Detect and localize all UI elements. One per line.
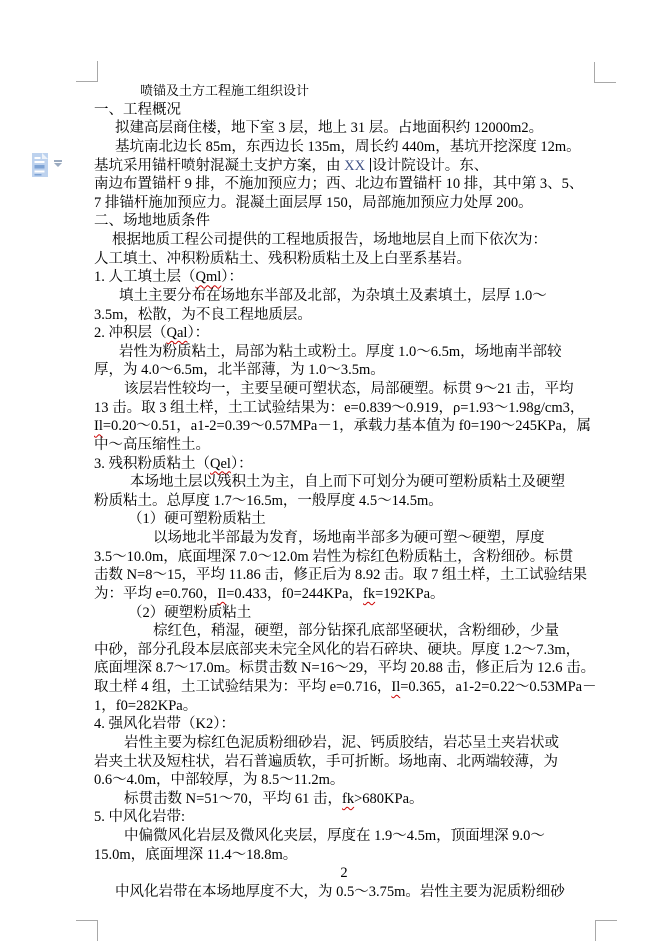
text-run: 基坑采用锚杆喷射混凝土支护方案，由 <box>94 158 344 174</box>
misspelled-word: Qel <box>210 456 231 472</box>
document-line[interactable]: 中风化岩带在本场地厚度不大，为 0.5～3.75m。岩性主要为泥质粉细砂 <box>94 883 606 902</box>
text-run: 中风化岩带在本场地厚度不大，为 0.5～3.75m。岩性主要为泥质粉细砂 <box>115 884 565 900</box>
document-line[interactable]: Il=0.20～0.51，a1-2=0.39～0.57MPa－1，承载力基本值为… <box>94 417 606 436</box>
text-run: 取土样 4 组，土工试验结果为：平均 e=0.716， <box>94 679 391 695</box>
text-run: 2 <box>340 865 347 881</box>
text-run: 以场地北半部最为发育，场地南半部多为硬可塑～硬塑，厚度 <box>153 530 545 546</box>
text-run: 1，f0=282KPa。 <box>94 698 197 714</box>
text-run: 拟建高层商住楼，地下室 3 层，地上 31 层。占地面积约 12000m2。 <box>115 120 543 136</box>
document-line[interactable]: 3.5m，松散，为不良工程地质层。 <box>94 306 606 325</box>
document-line[interactable]: 人工填土、冲积粉质粘土、残积粉质粘土及上白垩系基岩。 <box>94 250 606 269</box>
document-line[interactable]: 岩性主要为棕红色泥质粉细砂岩，泥、钙质胶结，岩芯呈土夹岩状或 <box>94 734 606 753</box>
text-run <box>365 158 369 174</box>
document-line[interactable]: 5. 中风化岩带: <box>94 808 606 827</box>
text-run: 根据地质工程公司提供的工程地质报告，场地地层自上而下依次为： <box>112 232 547 248</box>
text-run: 岩夹土状及短柱状，岩石普遍质软，手可折断。场地南、北两端较薄，为 <box>94 754 558 770</box>
text-cursor <box>370 158 372 172</box>
document-line[interactable]: 南边布置锚杆 9 排，不施加预应力；西、北边布置锚杆 10 排，其中第 3、5、 <box>94 175 606 194</box>
document-line[interactable]: 标贯击数 N=51～70，平均 61 击，fk>680KPa。 <box>94 790 606 809</box>
text-run: 0.6～4.0m，中部较厚，为 8.5～11.2m。 <box>94 772 344 788</box>
text-run: 基坑南北边长 85m，东西边长 135m，周长约 440m，基坑开挖深度 12m… <box>115 139 581 155</box>
text-run: 底面埋深 8.7～17.0m。标贯击数 N=16～29，平均 20.88 击，修… <box>94 660 595 676</box>
document-line[interactable]: 以场地北半部最为发育，场地南半部多为硬可塑～硬塑，厚度 <box>94 529 606 548</box>
text-run: 4. 强风化岩带（K2）： <box>94 716 235 732</box>
document-line[interactable]: 1. 人工填土层（Qml）： <box>94 268 606 287</box>
text-run: =192KPa。 <box>375 586 444 602</box>
misspelled-word: Il <box>217 586 226 602</box>
document-line[interactable]: 本场地土层以残积土为主，自上而下可划分为硬可塑粉质粘土及硬塑 <box>94 473 606 492</box>
text-run: （1）硬可塑粉质粘土 <box>128 511 266 527</box>
crop-mark-bottom-left <box>76 920 98 941</box>
misspelled-word: Il <box>391 679 400 695</box>
text-run: 厚，为 4.0～6.5m，北半部薄，为 1.0～3.5m。 <box>94 362 385 378</box>
text-run: 中砂，部分孔段本层底部夹未完全风化的岩石碎块、硬块。厚度 1.2～7.3m， <box>94 642 580 658</box>
paste-options-button[interactable] <box>31 151 65 181</box>
text-run: 5. 中风化岩带: <box>94 809 185 825</box>
page-number[interactable]: 2 <box>94 864 594 883</box>
document-line[interactable]: 二、场地地质条件 <box>94 212 606 231</box>
document-line[interactable]: 该层岩性较均一，主要呈硬可塑状态，局部硬塑。标贯 9～21 击，平均 <box>94 380 606 399</box>
document-line[interactable]: 击数 N=8～15，平均 11.86 击，修正后为 8.92 击。取 7 组土样… <box>94 566 606 585</box>
misspelled-word: fk <box>363 586 375 602</box>
document-line[interactable]: 15.0m，底面埋深 11.4～18.8m。 <box>94 846 606 865</box>
crop-mark-top-left <box>76 61 98 82</box>
text-run: 13 击。取 3 组土样，土工试验结果为：e=0.839～0.919，ρ=1.9… <box>94 400 584 416</box>
text-run: 7 排锚杆施加预应力。混凝土面层厚 150，局部施加预应力处厚 200。 <box>94 195 533 211</box>
text-run: （2）硬塑粉质粘土 <box>128 605 251 621</box>
document-line[interactable]: （1）硬可塑粉质粘土 <box>94 510 606 529</box>
document-line[interactable]: 3.5～10.0m，底面埋深 7.0～12.0m 岩性为棕红色粉质粘土，含粉细砂… <box>94 548 606 567</box>
text-run: ）： <box>221 269 243 285</box>
document-line[interactable]: 2. 冲积层（Qal）： <box>94 324 606 343</box>
document-line[interactable]: 1，f0=282KPa。 <box>94 697 606 716</box>
text-run: =0.433，f0=244KPa， <box>226 586 363 602</box>
crop-mark-top-right <box>594 62 616 83</box>
document-title[interactable]: 喷锚及土方工程施工组织设计 <box>94 82 606 101</box>
text-run: 填土主要分布在场地东半部及北部，为杂填土及素填土，层厚 1.0～ <box>119 288 547 304</box>
document-line[interactable]: 为：平均 e=0.760，Il=0.433，f0=244KPa，fk=192KP… <box>94 585 606 604</box>
word-document-page: 喷锚及土方工程施工组织设计一、工程概况拟建高层商住楼，地下室 3 层，地上 31… <box>0 0 664 943</box>
text-run: 2. 冲积层（ <box>94 325 167 341</box>
document-line[interactable]: 填土主要分布在场地东半部及北部，为杂填土及素填土，层厚 1.0～ <box>94 287 606 306</box>
text-run: 1. 人工填土层（ <box>94 269 196 285</box>
document-line[interactable]: 岩夹土状及短柱状，岩石普遍质软，手可折断。场地南、北两端较薄，为 <box>94 753 606 772</box>
document-line[interactable]: 中砂，部分孔段本层底部夹未完全风化的岩石碎块、硬块。厚度 1.2～7.3m， <box>94 641 606 660</box>
document-line[interactable]: 7 排锚杆施加预应力。混凝土面层厚 150，局部施加预应力处厚 200。 <box>94 194 606 213</box>
document-line[interactable]: 拟建高层商住楼，地下室 3 层，地上 31 层。占地面积约 12000m2。 <box>94 119 606 138</box>
document-line[interactable]: 厚，为 4.0～6.5m，北半部薄，为 1.0～3.5m。 <box>94 361 606 380</box>
text-run: 本场地土层以残积土为主，自上而下可划分为硬可塑粉质粘土及硬塑 <box>130 474 565 490</box>
document-line[interactable]: 4. 强风化岩带（K2）： <box>94 715 606 734</box>
document-line[interactable]: 中～高压缩性土。 <box>94 436 606 455</box>
chevron-down-icon <box>54 160 62 168</box>
document-line[interactable]: 粉质粘土。总厚度 1.7～16.5m，一般厚度 4.5～14.5m。 <box>94 492 606 511</box>
text-run: 设计院设计。东、 <box>372 158 488 174</box>
misspelled-word: fk <box>342 791 354 807</box>
misspelled-word: Qal <box>167 325 188 341</box>
document-line[interactable]: 3. 残积粉质粘土（Qel）： <box>94 455 606 474</box>
text-run: =0.20～0.51，a1-2=0.39～0.57MPa－1，承载力基本值为 f… <box>103 418 591 434</box>
document-line[interactable]: 基坑采用锚杆喷射混凝土支护方案，由 XX 设计院设计。东、 <box>94 157 606 176</box>
text-run: ）： <box>231 456 253 472</box>
text-run: 喷锚及土方工程施工组织设计 <box>140 83 309 98</box>
document-line[interactable]: 棕红色，稍湿，硬塑，部分钻探孔底部坚硬状，含粉细砂，少量 <box>94 622 606 641</box>
document-line[interactable]: 0.6～4.0m，中部较厚，为 8.5～11.2m。 <box>94 771 606 790</box>
document-line[interactable]: 一、工程概况 <box>94 101 606 120</box>
text-run: ）： <box>187 325 209 341</box>
document-line[interactable]: 取土样 4 组，土工试验结果为：平均 e=0.716，Il=0.365，a1-2… <box>94 678 606 697</box>
document-line[interactable]: 中偏微风化岩层及微风化夹层，厚度在 1.9～4.5m，顶面埋深 9.0～ <box>94 827 606 846</box>
crop-mark-bottom-right <box>595 920 617 941</box>
misspelled-word: Qml <box>196 269 222 285</box>
designer-placeholder-text: XX <box>344 158 365 174</box>
document-line[interactable]: 根据地质工程公司提供的工程地质报告，场地地层自上而下依次为： <box>94 231 606 250</box>
text-run: 岩性为粉质粘土，局部为粘土或粉土。厚度 1.0～6.5m，场地南半部较 <box>119 344 562 360</box>
text-run: 3.5m，松散，为不良工程地质层。 <box>94 307 312 323</box>
document-line[interactable]: 岩性为粉质粘土，局部为粘土或粉土。厚度 1.0～6.5m，场地南半部较 <box>94 343 606 362</box>
document-line[interactable]: 基坑南北边长 85m，东西边长 135m，周长约 440m，基坑开挖深度 12m… <box>94 138 606 157</box>
text-run: 该层岩性较均一，主要呈硬可塑状态，局部硬塑。标贯 9～21 击，平均 <box>124 381 574 397</box>
text-run: 一、工程概况 <box>94 102 181 118</box>
document-body[interactable]: 喷锚及土方工程施工组织设计一、工程概况拟建高层商住楼，地下室 3 层，地上 31… <box>94 82 606 902</box>
text-run: 岩性主要为棕红色泥质粉细砂岩，泥、钙质胶结，岩芯呈土夹岩状或 <box>124 735 559 751</box>
text-run: 3.5～10.0m，底面埋深 7.0～12.0m 岩性为棕红色粉质粘土，含粉细砂… <box>94 549 573 565</box>
text-run: 棕红色，稍湿，硬塑，部分钻探孔底部坚硬状，含粉细砂，少量 <box>153 623 559 639</box>
text-run: 粉质粘土。总厚度 1.7～16.5m，一般厚度 4.5～14.5m。 <box>94 493 443 509</box>
document-line[interactable]: 底面埋深 8.7～17.0m。标贯击数 N=16～29，平均 20.88 击，修… <box>94 659 606 678</box>
text-run: 南边布置锚杆 9 排，不施加预应力；西、北边布置锚杆 10 排，其中第 3、5、 <box>94 176 583 192</box>
text-run: 标贯击数 N=51～70，平均 61 击， <box>124 791 342 807</box>
text-run: 为：平均 e=0.760， <box>94 586 217 602</box>
text-run: 15.0m，底面埋深 11.4～18.8m。 <box>94 847 297 863</box>
document-line[interactable]: （2）硬塑粉质粘土 <box>94 604 606 623</box>
text-run: 二、场地地质条件 <box>94 213 210 229</box>
document-line[interactable]: 13 击。取 3 组土样，土工试验结果为：e=0.839～0.919，ρ=1.9… <box>94 399 606 418</box>
text-run: 3. 残积粉质粘土（ <box>94 456 210 472</box>
text-run: 人工填土、冲积粉质粘土、残积粉质粘土及上白垩系基岩。 <box>94 251 471 267</box>
text-run: =0.365，a1-2=0.22～0.53MPa－ <box>400 679 596 695</box>
text-run: 中偏微风化岩层及微风化夹层，厚度在 1.9～4.5m，顶面埋深 9.0～ <box>124 828 545 844</box>
misspelled-word: Il <box>94 418 103 434</box>
text-run: >680KPa。 <box>354 791 423 807</box>
text-run: 击数 N=8～15，平均 11.86 击，修正后为 8.92 击。取 7 组土样… <box>94 567 587 583</box>
text-run: 中～高压缩性土。 <box>94 437 210 453</box>
